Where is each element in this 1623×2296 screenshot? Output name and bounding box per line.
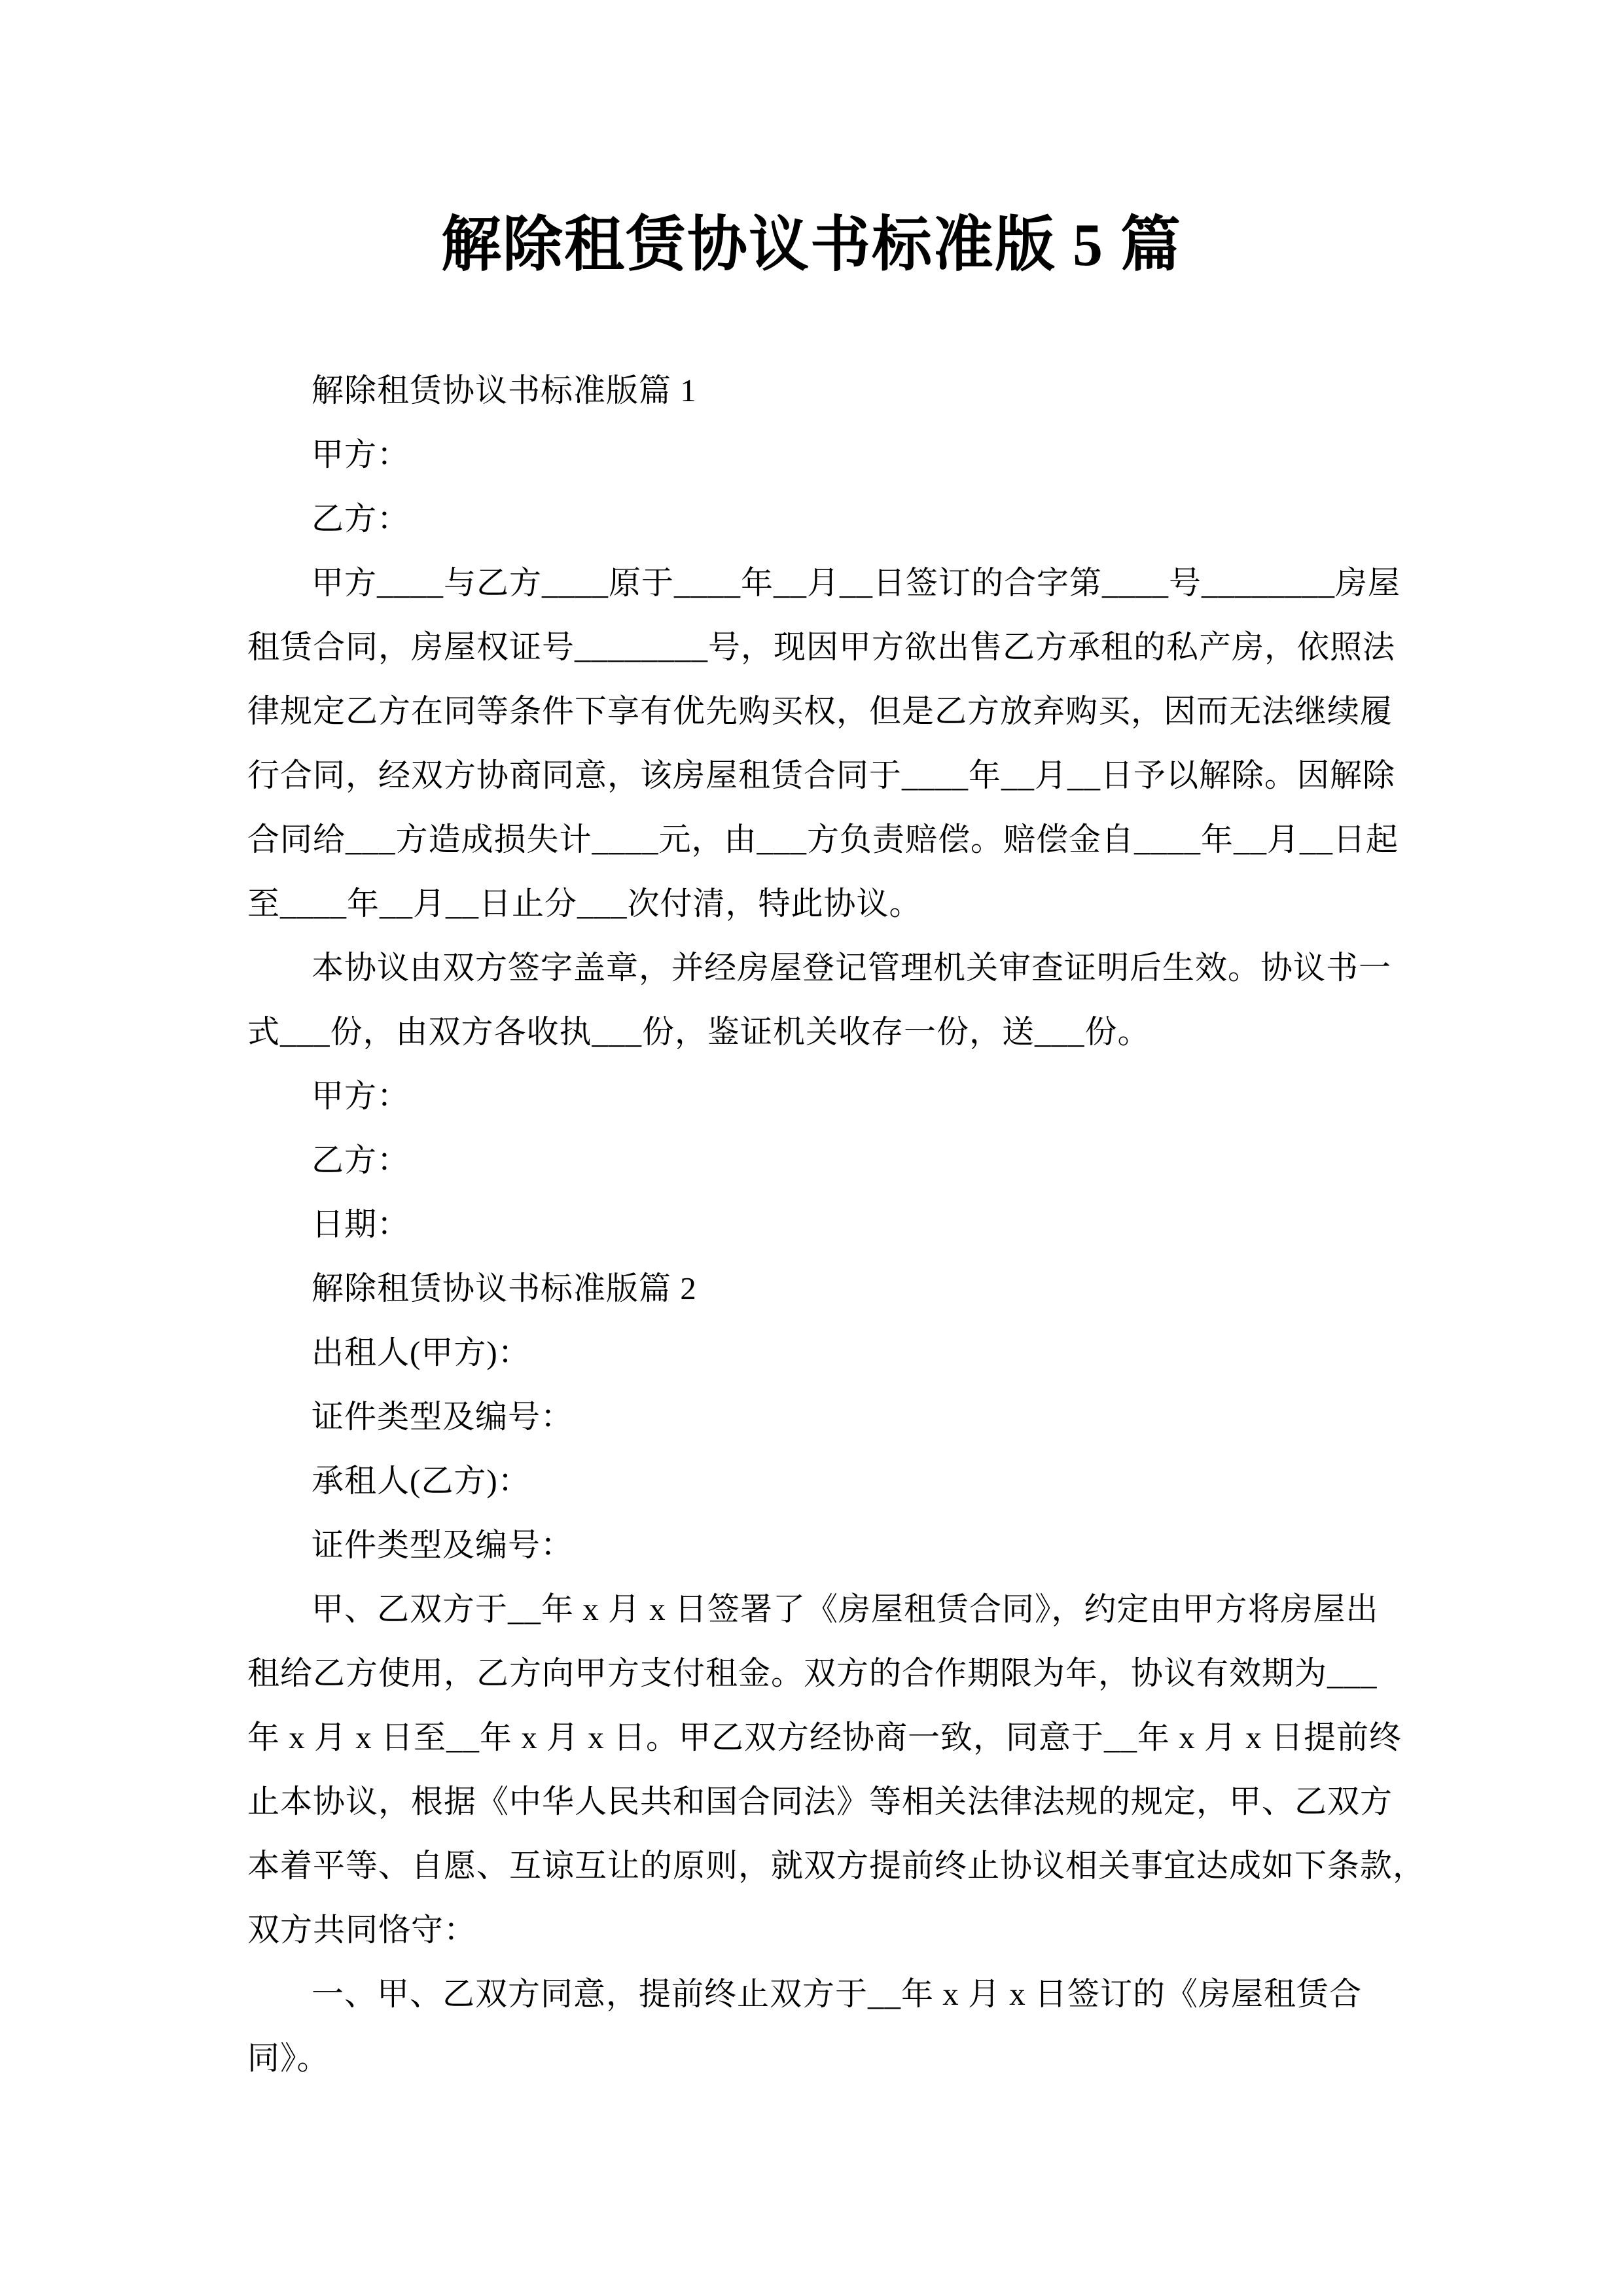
document-line: 合同给___方造成损失计____元，由___方负责赔偿。赔偿金自____年__月… — [247, 808, 1416, 872]
document-line: 一、甲、乙双方同意，提前终止双方于__年 x 月 x 日签订的《房屋租赁合 — [247, 1962, 1416, 2026]
document-line: 出租人(甲方)： — [247, 1321, 1416, 1385]
document-line: 止本协议，根据《中华人民共和国合同法》等相关法律法规的规定，甲、乙双方 — [247, 1770, 1416, 1834]
document-body: 解除租赁协议书标准版篇 1甲方：乙方：甲方____与乙方____原于____年_… — [247, 359, 1416, 2090]
document-line: 租给乙方使用，乙方向甲方支付租金。双方的合作期限为年，协议有效期为___ — [247, 1641, 1416, 1706]
document-line: 承租人(乙方)： — [247, 1449, 1416, 1513]
document-line: 同》。 — [247, 2026, 1416, 2090]
document-line: 本协议由双方签字盖章，并经房屋登记管理机关审查证明后生效。协议书一 — [247, 936, 1416, 1000]
document-line: 租赁合同，房屋权证号________号，现因甲方欲出售乙方承租的私产房，依照法 — [247, 615, 1416, 679]
document-line: 年 x 月 x 日至__年 x 月 x 日。甲乙双方经协商一致，同意于__年 x… — [247, 1706, 1416, 1770]
document-line: 律规定乙方在同等条件下享有优先购买权，但是乙方放弃购买，因而无法继续履 — [247, 679, 1416, 744]
document-page: 解除租赁协议书标准版 5 篇 解除租赁协议书标准版篇 1甲方：乙方：甲方____… — [0, 0, 1623, 2296]
document-line: 乙方： — [247, 1128, 1416, 1193]
document-line: 至____年__月__日止分___次付清，特此协议。 — [247, 872, 1416, 936]
document-title: 解除租赁协议书标准版 5 篇 — [0, 196, 1623, 283]
document-line: 日期： — [247, 1193, 1416, 1257]
document-line: 甲、乙双方于__年 x 月 x 日签署了《房屋租赁合同》，约定由甲方将房屋出 — [247, 1577, 1416, 1641]
document-line: 乙方： — [247, 487, 1416, 551]
document-line: 解除租赁协议书标准版篇 2 — [247, 1257, 1416, 1321]
document-line: 甲方____与乙方____原于____年__月__日签订的合字第____号___… — [247, 551, 1416, 615]
document-line: 双方共同恪守： — [247, 1898, 1416, 1962]
document-line: 证件类型及编号： — [247, 1513, 1416, 1577]
document-line: 解除租赁协议书标准版篇 1 — [247, 359, 1416, 423]
document-line: 甲方： — [247, 1064, 1416, 1128]
document-line: 证件类型及编号： — [247, 1385, 1416, 1449]
document-line: 本着平等、自愿、互谅互让的原则，就双方提前终止协议相关事宜达成如下条款， — [247, 1834, 1416, 1898]
document-line: 行合同，经双方协商同意，该房屋租赁合同于____年__月__日予以解除。因解除 — [247, 744, 1416, 808]
document-line: 甲方： — [247, 423, 1416, 487]
document-line: 式___份，由双方各收执___份，鉴证机关收存一份，送___份。 — [247, 1000, 1416, 1064]
